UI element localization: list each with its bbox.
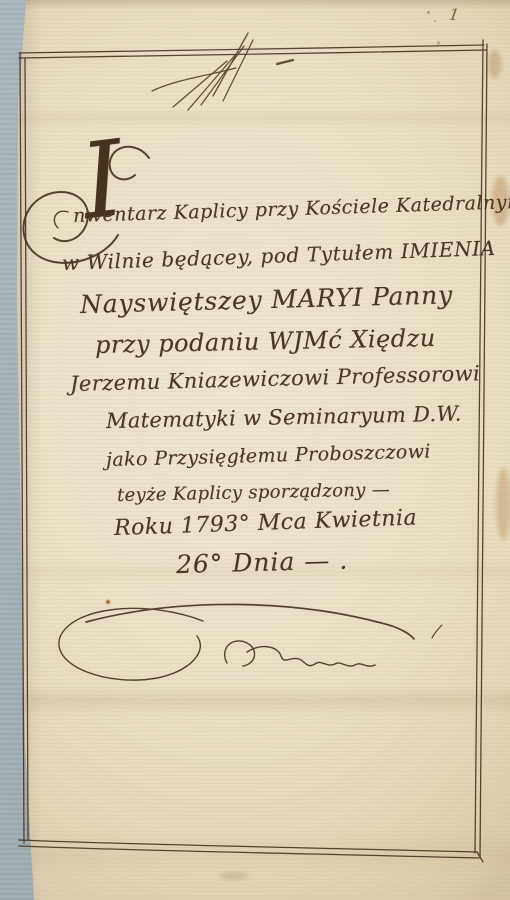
ink-speck — [427, 11, 430, 14]
manuscript-scan: 1 I nwentarz Kaplicy przy Kościele Kated… — [0, 0, 510, 900]
paper-top-shadow — [0, 0, 510, 10]
ink-speck — [437, 41, 440, 45]
ink-speck — [106, 600, 110, 604]
paper-stain — [496, 468, 510, 540]
paper-stain — [488, 50, 501, 78]
paper-smudge — [220, 872, 248, 880]
ink-speck — [434, 20, 436, 22]
manuscript-line-10: 26° Dnia — . — [176, 545, 349, 578]
